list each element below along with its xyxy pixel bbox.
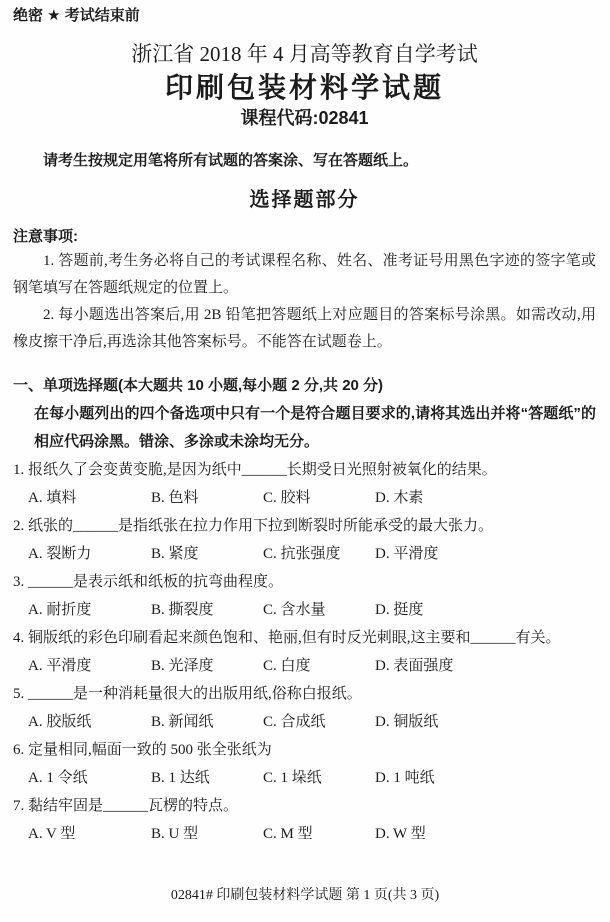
question-5-option-c: C. 合成纸	[263, 708, 375, 736]
question-3-text: 3. ______是表示纸和纸板的抗弯曲程度。	[13, 568, 596, 596]
question-3-option-b: B. 撕裂度	[151, 596, 263, 624]
question-1: 1. 报纸久了会变黄变脆,是因为纸中______长期受日光照射被氧化的结果。 A…	[13, 456, 596, 512]
paper-title: 印刷包装材料学试题	[13, 70, 596, 106]
question-5-text: 5. ______是一种消耗量很大的出版用纸,俗称白报纸。	[13, 680, 596, 708]
question-1-text: 1. 报纸久了会变黄变脆,是因为纸中______长期受日光照射被氧化的结果。	[13, 456, 596, 484]
question-4-options: A. 平滑度 B. 光泽度 C. 白度 D. 表面强度	[28, 652, 596, 680]
question-4-option-a: A. 平滑度	[28, 652, 151, 680]
question-1-option-b: B. 色料	[151, 484, 263, 512]
question-5-option-d: D. 铜版纸	[375, 708, 596, 736]
question-3-options: A. 耐折度 B. 撕裂度 C. 含水量 D. 挺度	[28, 596, 596, 624]
page-footer: 02841# 印刷包装材料学试题 第 1 页(共 3 页)	[0, 886, 610, 906]
question-1-option-a: A. 填料	[28, 484, 151, 512]
part-one-heading: 一、单项选择题(本大题共 10 小题,每小题 2 分,共 20 分)	[13, 372, 596, 400]
part-one-instructions: 在每小题列出的四个备选项中只有一个是符合题目要求的,请将其选出并将“答题纸”的相…	[34, 400, 596, 456]
exam-paper-page: 绝密 ★ 考试结束前 浙江省 2018 年 4 月高等教育自学考试 印刷包装材料…	[0, 0, 610, 922]
question-7-option-d: D. W 型	[375, 820, 596, 848]
question-6-options: A. 1 令纸 B. 1 达纸 C. 1 垛纸 D. 1 吨纸	[28, 764, 596, 792]
question-5-options: A. 胶版纸 B. 新闻纸 C. 合成纸 D. 铜版纸	[28, 708, 596, 736]
question-4: 4. 铜版纸的彩色印刷看起来颜色饱和、艳丽,但有时反光刺眼,这主要和______…	[13, 624, 596, 680]
question-1-options: A. 填料 B. 色料 C. 胶料 D. 木素	[28, 484, 596, 512]
question-7-option-c: C. M 型	[263, 820, 375, 848]
question-6-option-b: B. 1 达纸	[151, 764, 263, 792]
exam-session-title: 浙江省 2018 年 4 月高等教育自学考试	[13, 40, 596, 68]
question-4-text: 4. 铜版纸的彩色印刷看起来颜色饱和、艳丽,但有时反光刺眼,这主要和______…	[13, 624, 596, 652]
answer-sheet-notice: 请考生按规定用笔将所有试题的答案涂、写在答题纸上。	[13, 150, 596, 172]
question-4-option-c: C. 白度	[263, 652, 375, 680]
question-7-text: 7. 黏结牢固是______瓦楞的特点。	[13, 792, 596, 820]
question-5: 5. ______是一种消耗量很大的出版用纸,俗称白报纸。 A. 胶版纸 B. …	[13, 680, 596, 736]
question-7-option-b: B. U 型	[151, 820, 263, 848]
question-3-option-d: D. 挺度	[375, 596, 596, 624]
question-2-text: 2. 纸张的______是指纸张在拉力作用下拉到断裂时所能承受的最大张力。	[13, 512, 596, 540]
question-5-option-a: A. 胶版纸	[28, 708, 151, 736]
question-4-option-b: B. 光泽度	[151, 652, 263, 680]
question-6: 6. 定量相同,幅面一致的 500 张全张纸为 A. 1 令纸 B. 1 达纸 …	[13, 736, 596, 792]
question-3-option-c: C. 含水量	[263, 596, 375, 624]
question-2-option-a: A. 裂断力	[28, 540, 151, 568]
question-4-option-d: D. 表面强度	[375, 652, 596, 680]
question-7-option-a: A. V 型	[28, 820, 151, 848]
notes-heading: 注意事项:	[13, 226, 596, 248]
question-1-option-d: D. 木素	[375, 484, 596, 512]
question-2: 2. 纸张的______是指纸张在拉力作用下拉到断裂时所能承受的最大张力。 A.…	[13, 512, 596, 568]
question-6-option-d: D. 1 吨纸	[375, 764, 596, 792]
question-6-text: 6. 定量相同,幅面一致的 500 张全张纸为	[13, 736, 596, 764]
question-6-option-c: C. 1 垛纸	[263, 764, 375, 792]
classification-banner: 绝密 ★ 考试结束前	[13, 6, 596, 26]
question-2-option-b: B. 紧度	[151, 540, 263, 568]
question-3: 3. ______是表示纸和纸板的抗弯曲程度。 A. 耐折度 B. 撕裂度 C.…	[13, 568, 596, 624]
question-5-option-b: B. 新闻纸	[151, 708, 263, 736]
course-code: 课程代码:02841	[13, 106, 596, 130]
question-6-option-a: A. 1 令纸	[28, 764, 151, 792]
note-item-1: 1. 答题前,考生务必将自己的考试课程名称、姓名、准考证号用黑色字迹的签字笔或钢…	[13, 248, 596, 302]
question-7: 7. 黏结牢固是______瓦楞的特点。 A. V 型 B. U 型 C. M …	[13, 792, 596, 848]
question-2-option-d: D. 平滑度	[375, 540, 596, 568]
question-2-options: A. 裂断力 B. 紧度 C. 抗张强度 D. 平滑度	[28, 540, 596, 568]
question-2-option-c: C. 抗张强度	[263, 540, 375, 568]
question-1-option-c: C. 胶料	[263, 484, 375, 512]
question-7-options: A. V 型 B. U 型 C. M 型 D. W 型	[28, 820, 596, 848]
question-3-option-a: A. 耐折度	[28, 596, 151, 624]
note-item-2: 2. 每小题选出答案后,用 2B 铅笔把答题纸上对应题目的答案标号涂黑。如需改动…	[13, 302, 596, 356]
section-title: 选择题部分	[13, 186, 596, 214]
